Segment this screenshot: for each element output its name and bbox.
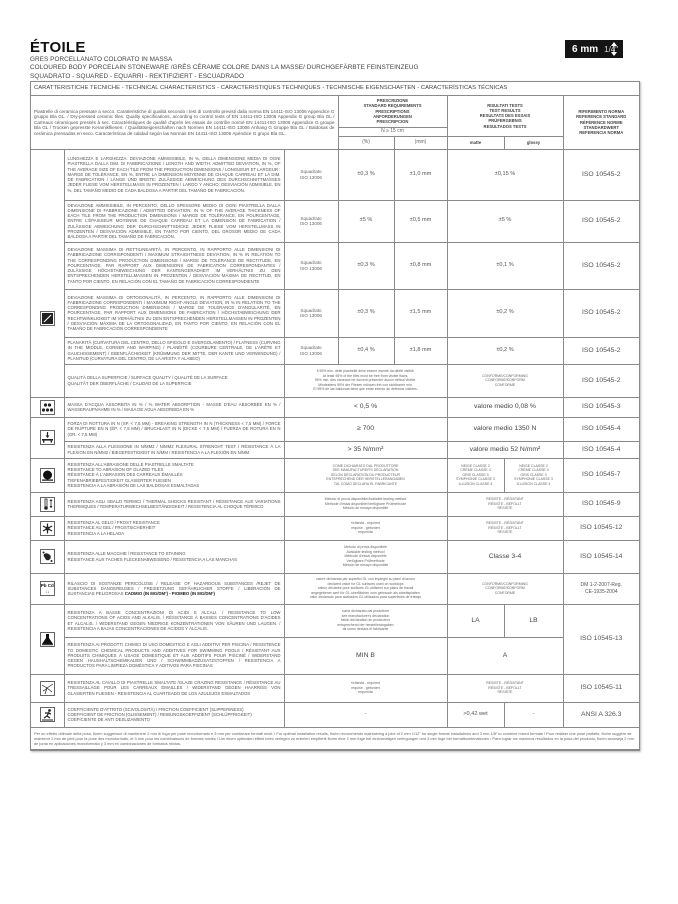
table-row: Forza di rottura in N (sp. < 7,5 mm) - B…: [31, 417, 639, 441]
water-drops-icon: [40, 400, 55, 415]
breaking-strength-icon: [40, 430, 55, 445]
table-row: Resistenza ai prodotti chimici di uso do…: [31, 637, 639, 674]
straightness-icon: [40, 311, 55, 326]
prescription-header: PRESCRIZIONE STANDARD REQUIREMENTS PRESC…: [338, 96, 447, 127]
subtitle-line-2: COLOURED BODY PORCELAIN STONEWARE /GRÈS …: [30, 64, 419, 72]
table-row: Massa d'acqua assorbita in % / % water a…: [31, 397, 639, 417]
matte-col-header: matte: [447, 136, 504, 149]
table-row: Coefficiente d'attrito (scivolosità) / F…: [31, 702, 639, 727]
table-row: Deviazione ammissibile, in percento, del…: [31, 200, 639, 242]
installation-note: Per un effetto ottimale della posa, flor…: [31, 727, 639, 749]
characteristics-banner: CARATTERISTICHE TECNICHE - TECHNICAL CHA…: [31, 82, 639, 96]
table-row: Resistenza all'abrasione delle piastrell…: [31, 458, 639, 492]
table-row: Resistenza al cavillo di piastrelle smal…: [31, 674, 639, 702]
thickness-badge: 6 mm 1/4": [565, 40, 623, 58]
table-row: Planarità (curvatura del centro, dello s…: [31, 337, 639, 364]
pb-cd-icon: Pb Cd↓↓: [40, 581, 55, 596]
document-header: ÉTOILE GRES PORCELLANATO COLORATO IN MAS…: [30, 40, 419, 81]
snowflake-icon: [40, 521, 55, 536]
subtitle-line-3: SQUADRATO - SQUARED - EQUARRI - REKTIFIZ…: [30, 73, 419, 81]
results-header: RISULTATI TESTS TEST RESULTS RESULTATS D…: [447, 96, 563, 136]
row-description: Lunghezza e larghezza: deviazione ammiss…: [64, 149, 284, 200]
table-row: Qualità della superficie / Surface quali…: [31, 364, 639, 397]
intro-text: Piastrelle di ceramica pressate a secco.…: [31, 96, 338, 149]
abrasion-disc-icon: [40, 468, 55, 483]
stain-icon: [40, 549, 55, 564]
table-row: Lunghezza e larghezza: deviazione ammiss…: [31, 149, 639, 200]
size-condition: N ≥ 15 cm: [338, 127, 447, 136]
percent-col-header: (%): [338, 136, 394, 149]
table-row: Resistenza al gelo / Frost resistance Ré…: [31, 516, 639, 540]
slip-icon: [40, 707, 55, 722]
table-row: Resistenza alla flessione in N/mm2 / N/m…: [31, 441, 639, 458]
table-row: Resistenza agli sbalzi termici / Thermal…: [31, 492, 639, 516]
flask-icon: [40, 632, 55, 647]
characteristics-table: Piastrelle di ceramica pressate a secco.…: [31, 96, 639, 750]
technical-sheet: CARATTERISTICHE TECNICHE - TECHNICAL CHA…: [30, 81, 640, 751]
thermometer-icon: [40, 497, 55, 512]
table-row: Pb Cd↓↓ Rilascio di sostanze pericolose …: [31, 573, 639, 604]
mm-col-header: (mm): [394, 136, 447, 149]
glossy-col-header: glossy: [504, 136, 563, 149]
footer-row: Per un effetto ottimale della posa, flor…: [31, 727, 639, 749]
crazing-icon: [40, 681, 55, 696]
table-row: Deviazione massima di rettilinearità, in…: [31, 242, 639, 289]
reference-header: RIFERIMENTO NORMA REFERENCE STANDARD RÉF…: [563, 96, 639, 149]
table-row: Resistenza a basse concentrazioni di aci…: [31, 604, 639, 637]
thickness-arrow-icon: [611, 42, 617, 56]
table-row: Resistenza alle macchie / Resistance to …: [31, 540, 639, 573]
table-row: Deviazione massima di ortogonalità, in p…: [31, 289, 639, 337]
product-title: ÉTOILE: [30, 40, 419, 56]
thickness-mm: 6 mm: [572, 44, 598, 55]
